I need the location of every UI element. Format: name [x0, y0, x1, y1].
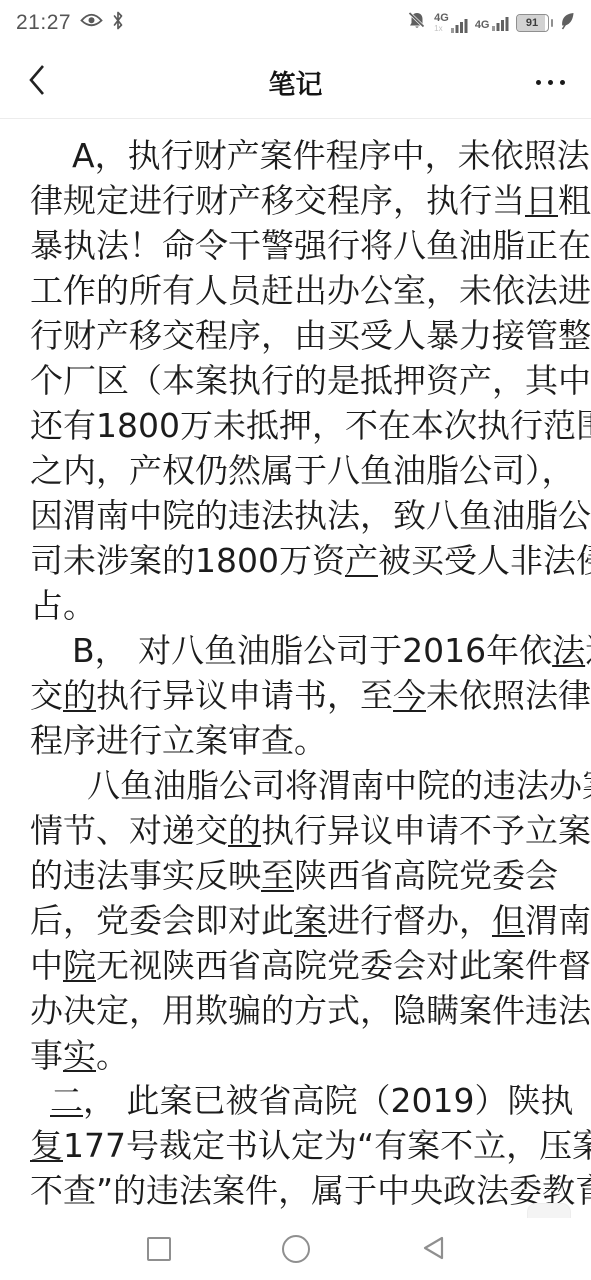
- sim2-bars: [492, 15, 509, 31]
- note-line: 工作的所有人员赶出办公室，未依法进: [30, 268, 561, 313]
- eye-comfort-icon: [80, 13, 103, 33]
- note-line: 个厂区（本案执行的是抵押资产，其中: [30, 358, 561, 403]
- ellipsis-icon: [536, 80, 541, 85]
- battery-percent: 91: [517, 15, 548, 31]
- battery-icon: 91: [516, 14, 549, 32]
- back-triangle-icon: [421, 1235, 445, 1264]
- note-line: 情节、对递交的执行异议申请不予立案: [30, 808, 561, 853]
- sim1-bars: [451, 17, 468, 33]
- note-line: 二， 此案已被省高院（2019）陕执: [30, 1078, 561, 1123]
- note-line: 复177号裁定书认定为“有案不立，压案: [30, 1123, 561, 1168]
- note-line: 事实。: [30, 1033, 561, 1078]
- eco-leaf-icon: [560, 12, 575, 35]
- note-line: 八鱼油脂公司将渭南中院的违法办案: [30, 763, 561, 808]
- recents-button[interactable]: [141, 1231, 177, 1267]
- status-bar: 21:27: [0, 0, 591, 46]
- note-line: 司未涉案的1800万资产被买受人非法侵: [30, 538, 561, 583]
- note-line: 后，党委会即对此案进行督办，但渭南: [30, 898, 561, 943]
- note-line: 的违法事实反映至陕西省高院党委会: [30, 853, 561, 898]
- page-title: 笔记: [269, 63, 323, 102]
- note-line: 还有1800万未抵押，不在本次执行范围: [30, 403, 561, 448]
- note-line: 行财产移交程序，由买受人暴力接管整: [30, 313, 561, 358]
- recents-square-icon: [147, 1237, 171, 1261]
- note-line: B， 对八鱼油脂公司于2016年依法递: [30, 628, 561, 673]
- battery-nub: [551, 19, 554, 27]
- note-line: 中院无视陕西省高院党委会对此案件督: [30, 943, 561, 988]
- signal-sim2-icon: 4G: [475, 15, 509, 31]
- status-right: 4G 1x 4G: [407, 11, 575, 35]
- note-line: 之内，产权仍然属于八鱼油脂公司），: [30, 448, 561, 493]
- bluetooth-icon: [112, 11, 124, 35]
- note-line: 办决定，用欺骗的方式，隐瞒案件违法: [30, 988, 561, 1033]
- note-line: 占。: [30, 583, 561, 628]
- home-circle-icon: [282, 1235, 310, 1263]
- note-body[interactable]: A，执行财产案件程序中，未依照法律规定进行财产移交程序，执行当日粗暴执法！命令干…: [0, 119, 591, 1211]
- clock: 21:27: [16, 11, 71, 35]
- note-line: 程序进行立案审查。: [30, 718, 561, 763]
- note-line: A，执行财产案件程序中，未依照法: [30, 133, 561, 178]
- more-options-button[interactable]: [536, 46, 565, 118]
- note-line: 不查”的违法案件，属于中央政法委教育: [30, 1168, 561, 1211]
- sim1-network-label: 4G: [434, 13, 449, 24]
- sim2-network-label: 4G: [475, 20, 490, 31]
- title-bar: 笔记: [0, 46, 591, 119]
- android-nav-bar: [0, 1218, 591, 1280]
- note-line: 暴执法！命令干警强行将八鱼油脂正在: [30, 223, 561, 268]
- note-line: 律规定进行财产移交程序，执行当日粗: [30, 178, 561, 223]
- chevron-left-icon: [28, 63, 46, 102]
- back-button[interactable]: [22, 46, 52, 118]
- note-line: 因渭南中院的违法执法，致八鱼油脂公: [30, 493, 561, 538]
- bell-muted-icon: [407, 11, 427, 35]
- home-button[interactable]: [276, 1229, 316, 1269]
- status-left: 21:27: [16, 11, 124, 35]
- back-nav-button[interactable]: [415, 1229, 451, 1270]
- note-line: 交的执行异议申请书，至今未依照法律: [30, 673, 561, 718]
- phone-screen: 21:27: [0, 0, 591, 1280]
- signal-sim1-icon: 4G 1x: [434, 13, 468, 33]
- sim1-sub-label: 1x: [434, 25, 442, 33]
